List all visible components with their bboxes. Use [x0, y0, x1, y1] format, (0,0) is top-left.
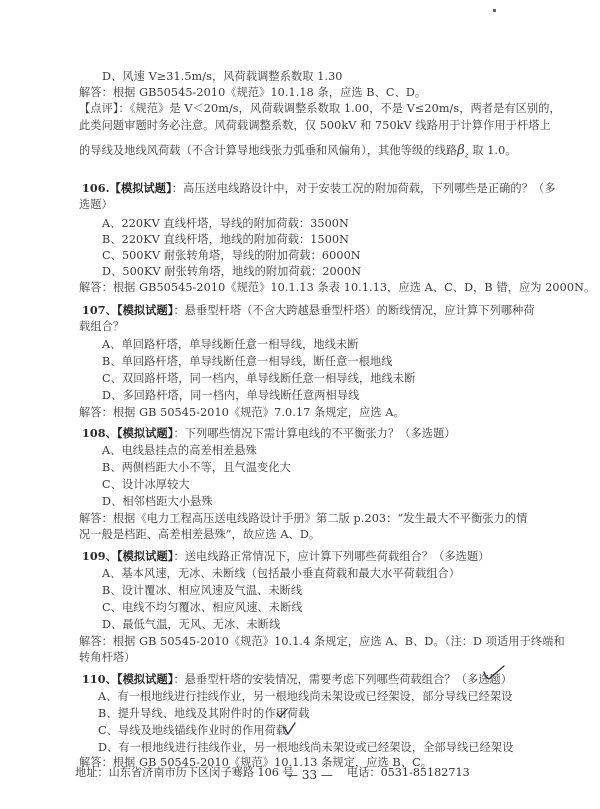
beta-symbol: βz [457, 143, 468, 158]
question-107-stem-cont: 载组合？ [79, 319, 124, 334]
question-108-answer-line1: 解答：根据《电力工程高压送电线路设计手册》第二版 p.203：“发生最大不平衡张… [79, 511, 527, 526]
question-108-option-c: C、设计冰厚较大 [102, 477, 190, 492]
question-107-answer: 解答：根据 GB 50545-2010《规范》7.0.17 条规定，应选 A。 [79, 405, 405, 420]
prev-answer: 解答：根据 GB50545-2010《规范》10.1.18 条，应选 B、C、D… [79, 85, 426, 100]
question-109-option-d: D、最低气温，无风、无冰、未断线 [102, 617, 280, 632]
question-110-option-a: A、有一根地线进行挂线作业，另一根地线尚未架设或已经架设，部分导线已经架设 [98, 689, 513, 704]
document-page: D、风速 V≥31.5m/s，风荷载调整系数取 1.30 解答：根据 GB505… [0, 0, 600, 809]
page-number: — 33 — [286, 768, 333, 782]
question-109-option-c: C、电线不均匀覆冰、相应风速、未断线 [102, 600, 303, 615]
question-108-option-b: B、两侧档距大小不等，且气温变化大 [102, 460, 291, 475]
question-107-option-d: D、多回路杆塔，同一档内，单导线断任意两相导线 [102, 388, 359, 403]
prev-comment-line2: 此类问题审题时务必注意。风荷载调整系数，仅 500kV 和 750kV 线路用于… [79, 118, 551, 133]
question-106-stem-cont: 选题） [79, 197, 113, 212]
question-106-answer: 解答：根据 GB50545-2010《规范》10.1.13 条表 10.1.13… [79, 280, 595, 295]
footer-phone: 电话：0531-85182713 [347, 764, 470, 780]
prev-comment-line3: 的导线及地线风荷载（不含计算导地线张力弧垂和风偏角），其他等级的线路βz 取 1… [79, 143, 517, 164]
question-108-answer-line2: 况一般是档距、高差相差悬殊”，故应选 A、D。 [79, 527, 320, 542]
handwritten-check-icon [283, 722, 296, 735]
question-109-option-a: A、基本风速，无冰、未断线（包括最小垂直荷载和最大水平荷载组合） [102, 566, 460, 581]
question-107-stem: 107、【模拟试题】：悬垂型杆塔（不含大跨越悬垂型杆塔）的断线情况，应计算下列哪… [82, 303, 535, 318]
question-108-stem: 108、【模拟试题】：下列哪些情况下需计算电线的不平衡张力？（多选题） [82, 426, 456, 441]
handwritten-check-icon [483, 665, 505, 681]
question-108-option-d: D、相邻档距大小悬殊 [102, 494, 213, 509]
question-110-stem: 110、【模拟试题】：悬垂型杆塔的安装情况，需要考虑下列哪些荷载组合？（多选题） [82, 672, 512, 687]
question-109-stem: 109、【模拟试题】：送电线路正常情况下，应计算下列哪些荷载组合？（多选题） [82, 549, 490, 564]
question-109-answer-line2: 转角杆塔） [79, 650, 135, 665]
question-107-option-b: B、单回路杆塔，单导线断任意一相导线，断任意一根地线 [102, 354, 393, 369]
question-108-option-a: A、电线悬挂点的高差相差悬殊 [102, 443, 257, 458]
prev-comment-line1: 【点评】：《规范》是 V＜20m/s，风荷载调整系数取 1.00，不是 V≤20… [79, 101, 561, 116]
question-106-option-c: C、500KV 耐张转角塔，导线的附加荷载：6000N [102, 248, 361, 263]
scan-speck [493, 9, 496, 12]
question-109-option-b: B、设计覆冰、相应风速及气温、未断线 [102, 583, 302, 598]
question-106-option-b: B、220KV 直线杆塔，地线的附加荷载：1500N [102, 232, 349, 247]
footer-address: 地址：山东省济南市历下区闵子骞路 106 号 [75, 764, 294, 780]
question-109-answer-line1: 解答：根据 GB 50545-2010《规范》10.1.4 条规定，应选 A、B… [79, 634, 565, 649]
question-110-option-c: C、导线及地线锚线作业时的作用荷载 [98, 723, 287, 738]
question-107-option-a: A、单回路杆塔，单导线断任意一相导线，地线未断 [102, 337, 359, 352]
prev-option-d: D、风速 V≥31.5m/s，风荷载调整系数取 1.30 [102, 69, 343, 84]
question-106-option-a: A、220KV 直线杆塔，导线的附加荷载：3500N [102, 216, 349, 231]
question-107-option-c: C、双回路杆塔，同一档内，单导线断任意一相导线，地线未断 [102, 371, 415, 386]
comment-text: 的导线及地线风荷载（不含计算导地线张力弧垂和风偏角），其他等级的线路 [79, 144, 457, 157]
handwritten-check-icon [276, 708, 288, 719]
question-106-stem: 106.【模拟试题】：高压送电线路设计中，对于安装工况的附加荷载，下列哪些是正确… [82, 181, 556, 196]
question-106-option-d: D、500KV 耐张转角塔，地线的附加荷载：2000N [102, 264, 361, 279]
question-110-option-d: D、有一根地线进行挂线作业，另一根地线尚未架设或已经架设，全部导线已经架设 [98, 740, 513, 755]
comment-text-end: 取 1.0。 [472, 144, 516, 157]
